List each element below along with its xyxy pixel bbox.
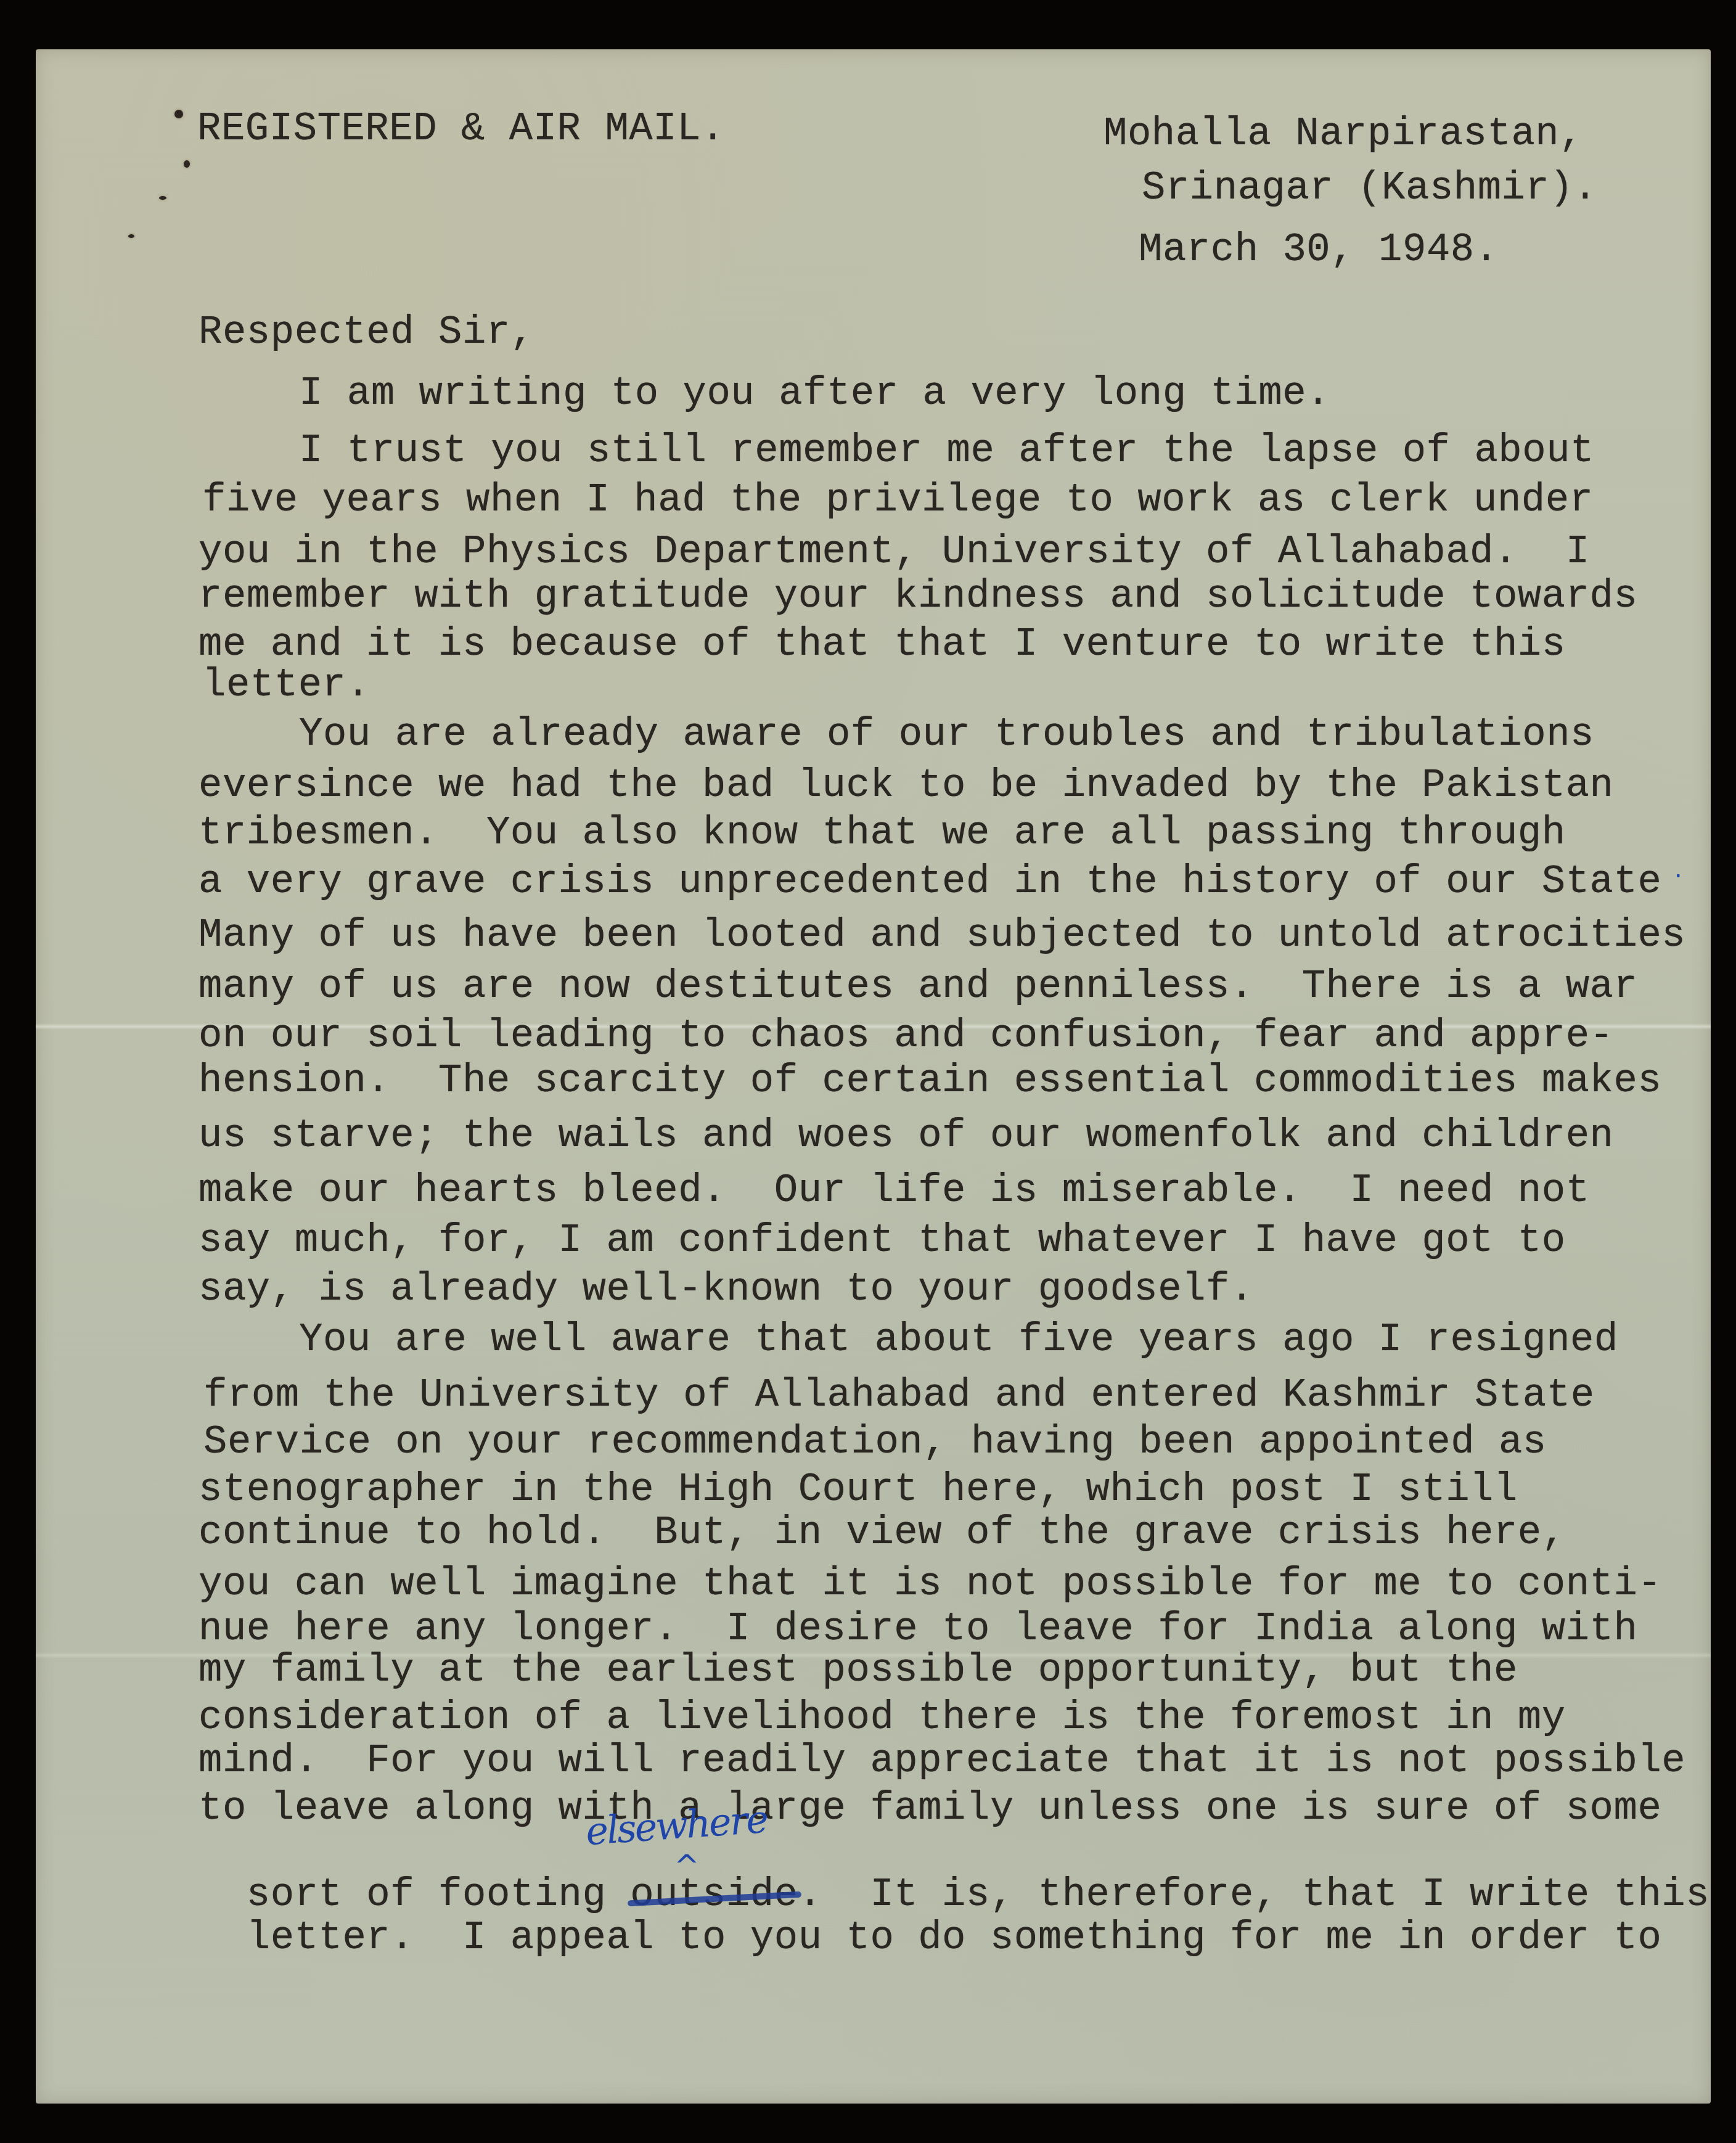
body-line: Many of us have been looted and subjecte…	[199, 916, 1685, 956]
body-line: eversince we had the bad luck to be inva…	[199, 766, 1613, 806]
body-line: continue to hold. But, in view of the gr…	[199, 1514, 1566, 1553]
body-line: many of us are now destitutes and pennil…	[199, 967, 1637, 1007]
salutation: Respected Sir,	[199, 313, 534, 353]
body-line: I trust you still remember me after the …	[299, 432, 1594, 471]
ink-marked-char: o	[702, 1916, 726, 1961]
body-line: You are already aware of our troubles an…	[299, 715, 1594, 755]
body-line: I am writing to you after a very long ti…	[299, 374, 1330, 414]
body-line: you can well imagine that it is not poss…	[199, 1565, 1661, 1604]
body-line: make our hearts bleed. Our life is miser…	[199, 1171, 1590, 1211]
circumflex-ink-mark: ^	[674, 1851, 700, 1882]
body-line: stenographer in the High Court here, whi…	[199, 1470, 1518, 1510]
address-line-1: Mohalla Narpirastan,	[1103, 115, 1583, 154]
mail-type-label: REGISTERED & AIR MAIL.	[197, 110, 725, 149]
body-line: to leave along with a large family unles…	[199, 1789, 1661, 1829]
punch-hole	[184, 160, 190, 168]
punch-hole	[159, 196, 166, 200]
body-line: me and it is because of that that I vent…	[199, 625, 1566, 665]
body-line: mind. For you will readily appreciate th…	[199, 1742, 1685, 1781]
body-line: say, is already well-known to your goods…	[199, 1270, 1254, 1309]
body-line: my family at the earliest possible oppor…	[199, 1651, 1518, 1690]
body-line: Service on your recommendation, having b…	[203, 1423, 1547, 1462]
body-line: tribesmen. You also know that we are all…	[199, 814, 1566, 853]
body-line: hension. The scarcity of certain essenti…	[199, 1062, 1661, 1101]
body-line: five years when I had the privilege to w…	[202, 481, 1594, 520]
body-line: You are well aware that about five years…	[299, 1321, 1618, 1360]
body-line: remember with gratitude your kindness an…	[199, 577, 1637, 617]
text-before-mark: letter. I appeal t	[247, 1916, 702, 1961]
punch-hole	[174, 110, 183, 118]
punch-hole	[128, 234, 134, 238]
body-line: from the University of Allahabad and ent…	[203, 1376, 1595, 1416]
body-line-last: letter. I appeal to you to do something …	[199, 1879, 1661, 1958]
body-line: you in the Physics Department, Universit…	[199, 533, 1590, 572]
text-after-mark: you to do something for me in order to	[726, 1916, 1661, 1961]
body-line: us starve; the wails and woes of our wom…	[199, 1117, 1613, 1156]
clipped-line-container: Many of us have been looted and subjecte…	[0, 906, 1711, 962]
clipped-line-container: mind. For you will readily appreciate th…	[0, 1729, 1711, 1785]
address-line-2: Srinagar (Kashmir).	[1142, 169, 1597, 208]
ink-dot-mark: .	[1674, 857, 1682, 882]
body-line: letter.	[202, 666, 370, 705]
body-line: on our soil leading to chaos and confusi…	[199, 1017, 1613, 1056]
body-line: say much, for, I am confident that whate…	[199, 1221, 1566, 1261]
body-line: nue here any longer. I desire to leave f…	[199, 1610, 1637, 1649]
body-line: a very grave crisis unprecedented in the…	[199, 863, 1661, 902]
letter-date: March 30, 1948.	[1139, 231, 1499, 270]
